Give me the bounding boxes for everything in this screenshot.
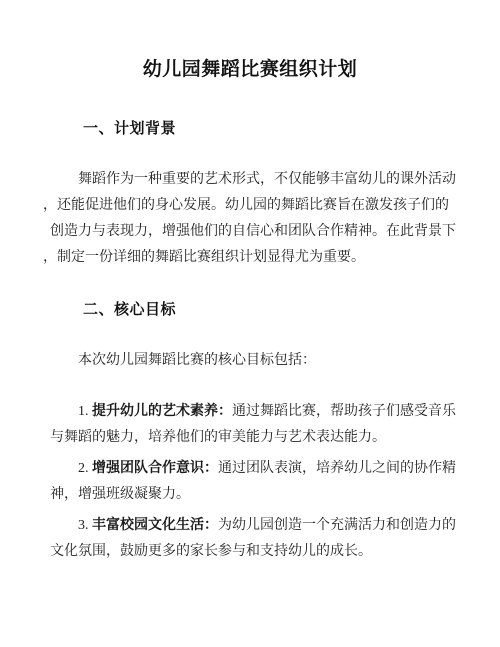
list-item-paragraph: 3. 丰富校园文化生活：为幼儿园创造一个充满活力和创造力的文化氛围，鼓励更多的家… (50, 511, 450, 565)
text-line: 与舞蹈的魅力，培养他们的审美能力与艺术表达能力。 (50, 425, 450, 451)
section-heading: 一、计划背景 (83, 118, 450, 139)
text-line: 神，增强班级凝聚力。 (50, 482, 450, 508)
document-body: 一、计划背景舞蹈作为一种重要的艺术形式，不仅能够丰富幼儿的课外活动，还能促进他们… (0, 118, 500, 565)
text-line: 2. 增强团队合作意识：通过团队表演，培养幼儿之间的协作精 (50, 454, 450, 482)
bold-run: 丰富校园文化生活： (92, 516, 218, 532)
bold-run: 提升幼儿的艺术素养： (92, 402, 232, 418)
text-line: ，还能促进他们的身心发展。幼儿园的舞蹈比赛旨在激发孩子们的 (43, 193, 450, 219)
list-item-paragraph: 1. 提升幼儿的艺术素养：通过舞蹈比赛，帮助孩子们感受音乐与舞蹈的魅力，培养他们… (50, 397, 450, 451)
list-item-paragraph: 2. 增强团队合作意识：通过团队表演，培养幼儿之间的协作精神，增强班级凝聚力。 (50, 454, 450, 508)
text-line: 创造力与表现力，增强他们的自信心和团队合作精神。在此背景下 (50, 219, 450, 245)
bold-run: 增强团队合作意识： (92, 459, 218, 475)
text-line: 文化氛围，鼓励更多的家长参与和支持幼儿的成长。 (50, 539, 450, 565)
text-line: ，制定一份详细的舞蹈比赛组织计划显得尤为重要。 (43, 245, 450, 271)
document-page: 幼儿园舞蹈比赛组织计划 一、计划背景舞蹈作为一种重要的艺术形式，不仅能够丰富幼儿… (0, 0, 500, 647)
text-line: 舞蹈作为一种重要的艺术形式，不仅能够丰富幼儿的课外活动 (50, 167, 450, 193)
text-line: 本次幼儿园舞蹈比赛的核心目标包括： (50, 348, 450, 374)
document-title: 幼儿园舞蹈比赛组织计划 (50, 57, 450, 82)
text-line: 3. 丰富校园文化生活：为幼儿园创造一个充满活力和创造力的 (50, 511, 450, 539)
paragraph: 舞蹈作为一种重要的艺术形式，不仅能够丰富幼儿的课外活动，还能促进他们的身心发展。… (50, 167, 450, 271)
text-line: 1. 提升幼儿的艺术素养：通过舞蹈比赛，帮助孩子们感受音乐 (50, 397, 450, 425)
section-heading: 二、核心目标 (83, 299, 450, 320)
paragraph: 本次幼儿园舞蹈比赛的核心目标包括： (50, 348, 450, 374)
